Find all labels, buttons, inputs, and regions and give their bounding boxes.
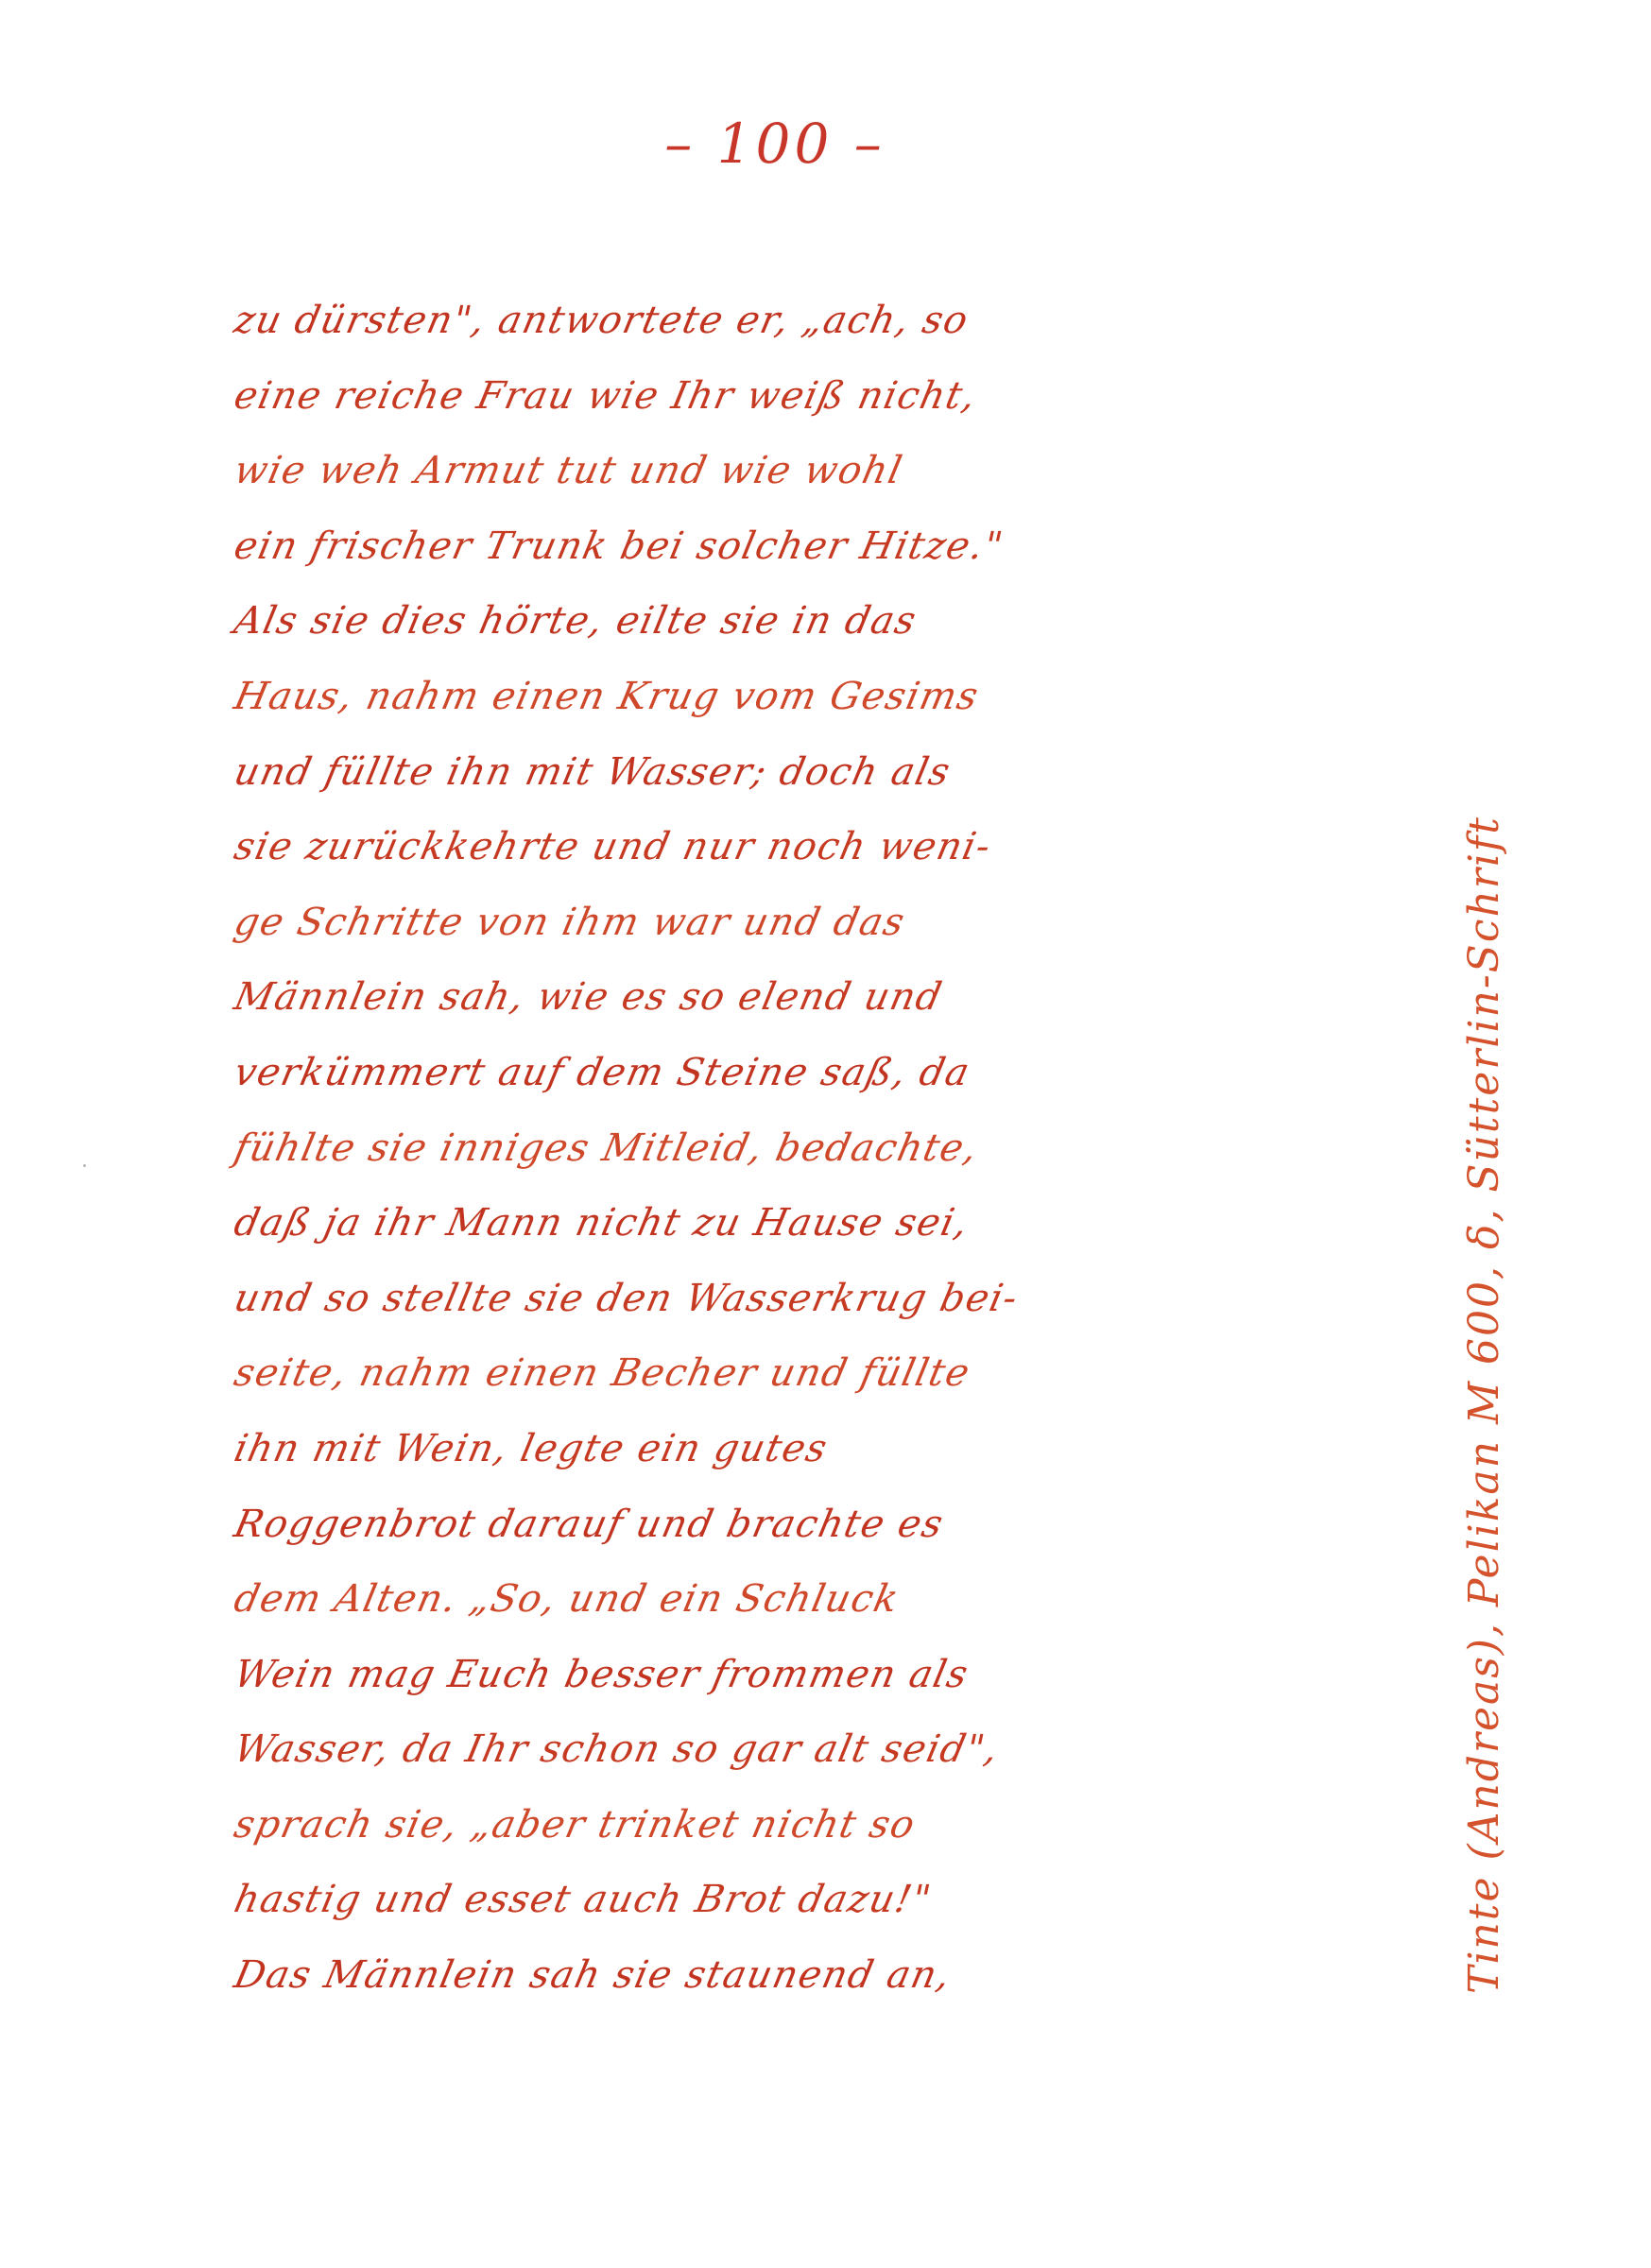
text-line: sprach sie, „aber trinket nicht so [227, 1788, 1396, 1864]
text-line: wie weh Armut tut und wie wohl [227, 434, 1396, 509]
text-line: dem Alten. „So, und ein Schluck [227, 1562, 1396, 1638]
text-line: ge Schritte von ihm war und das [227, 885, 1396, 961]
text-line: hastig und esset auch Brot dazu!" [227, 1863, 1396, 1938]
text-line: eine reiche Frau wie Ihr weiß nicht, [227, 359, 1396, 435]
text-line: und so stellte sie den Wasserkrug bei- [227, 1262, 1396, 1337]
text-line: Haus, nahm einen Krug vom Gesims [227, 660, 1396, 735]
page-number: – 100 – [0, 112, 1550, 176]
text-line: sie zurückkehrte und nur noch weni- [227, 810, 1396, 885]
margin-note-rotated: Tinte (Andreas), Pelikan M 600, δ, Sütte… [1460, 816, 1508, 1994]
text-line: Roggenbrot darauf und brachte es [227, 1487, 1396, 1563]
text-line: seite, nahm einen Becher und füllte [227, 1336, 1396, 1412]
handwritten-page: – 100 – zu dürsten", antwortete er, „ach… [0, 0, 1651, 2268]
text-line: Männlein sah, wie es so elend und [227, 960, 1396, 1036]
text-line: Wein mag Euch besser frommen als [227, 1638, 1396, 1713]
text-line: ihn mit Wein, legte ein gutes [227, 1412, 1396, 1487]
text-line: fühlte sie inniges Mitleid, bedachte, [227, 1111, 1396, 1187]
text-line: ein frischer Trunk bei solcher Hitze." [227, 509, 1396, 585]
text-line: Als sie dies hörte, eilte sie in das [227, 584, 1396, 660]
handwritten-body-text: zu dürsten", antwortete er, „ach, so ein… [227, 283, 1380, 2014]
text-line: daß ja ihr Mann nicht zu Hause sei, [227, 1186, 1396, 1262]
text-line: verkümmert auf dem Steine saß, da [227, 1036, 1396, 1111]
text-line: zu dürsten", antwortete er, „ach, so [227, 283, 1396, 359]
text-line: Das Männlein sah sie staunend an, [227, 1938, 1396, 2014]
paper-speck [83, 1164, 86, 1167]
text-line: und füllte ihn mit Wasser; doch als [227, 735, 1396, 811]
text-line: Wasser, da Ihr schon so gar alt seid", [227, 1712, 1396, 1788]
